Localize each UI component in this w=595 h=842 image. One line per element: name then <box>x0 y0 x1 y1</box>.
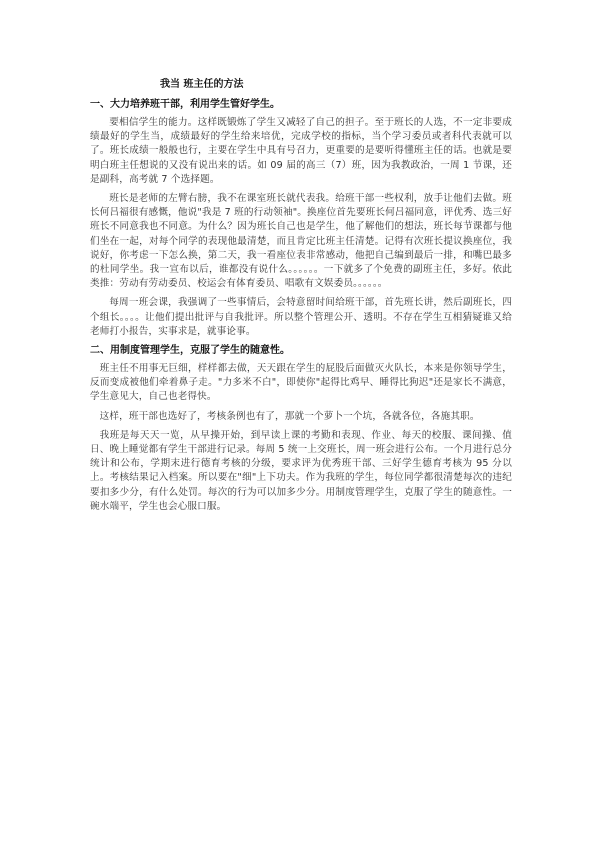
paragraph: 这样，班干部也选好了，考核条例也有了，那就一个萝卜一个坑，各就各位，各施其职。 <box>90 410 512 424</box>
document-title: 我当 班主任的方法 <box>160 78 512 92</box>
section-2: 二、用制度管理学生，克服了学生的随意性。 班主任不用事无巨细，样样都去做，天天跟… <box>90 344 512 514</box>
paragraph: 要相信学生的能力。这样既锻炼了学生又减轻了自己的担子。至于班长的人选，不一定非要… <box>90 116 512 187</box>
section-1: 一、大力培养班干部，利用学生管好学生。 要相信学生的能力。这样既锻炼了学生又减轻… <box>90 98 512 339</box>
section-heading: 二、用制度管理学生，克服了学生的随意性。 <box>90 344 512 358</box>
paragraph: 我班是每天天一览，从早操开始，到早读上课的考勤和表现、作业、每天的校服、课间操、… <box>90 429 512 514</box>
section-heading: 一、大力培养班干部，利用学生管好学生。 <box>90 98 512 112</box>
paragraph: 班长是老师的左臂右膀，我不在课室班长就代表我。给班干部一些权利，放手让他们去做。… <box>90 192 512 291</box>
paragraph: 班主任不用事无巨细，样样都去做，天天跟在学生的屁股后面做灭火队长，本来是你领导学… <box>90 362 512 405</box>
document-page: 我当 班主任的方法 一、大力培养班干部，利用学生管好学生。 要相信学生的能力。这… <box>90 78 512 519</box>
paragraph: 每周一班会课，我强调了一些事情后，会特意留时间给班干部，首先班长讲，然后副班长，… <box>90 296 512 339</box>
